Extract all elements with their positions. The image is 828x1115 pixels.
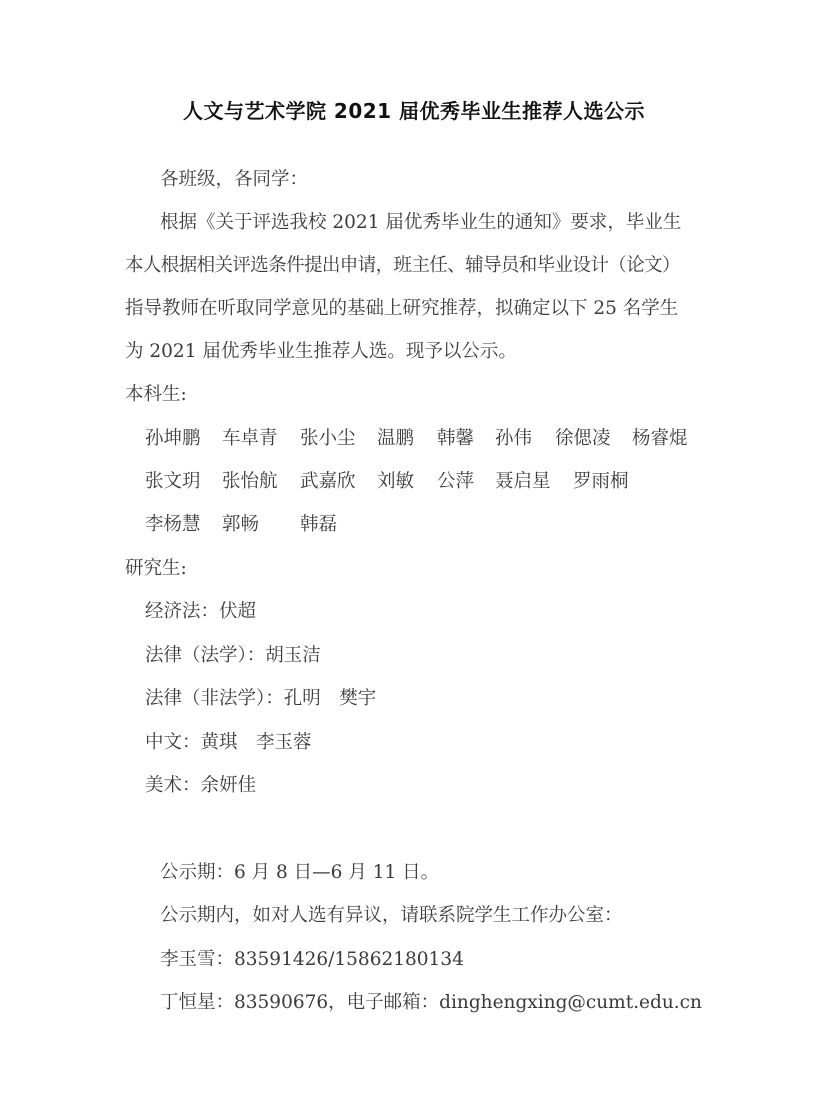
student-name: 武嘉欣 (300, 470, 356, 494)
body-line-3: 指导教师在听取同学意见的基础上研究推荐，拟确定以下 25 名学生 (125, 297, 678, 321)
student-name: 聂启星 (495, 470, 551, 494)
graduate-line-3: 法律（非法学）：孔明 樊宇 (145, 687, 376, 711)
notice-contact-2: 丁恒星：83590676，电子邮箱：dinghengxing@cumt.edu.… (160, 991, 702, 1015)
student-name: 李杨慧 (145, 513, 201, 537)
student-name: 罗雨桐 (573, 470, 629, 494)
student-name: 孙坤鹏 (145, 427, 201, 451)
student-name: 公萍 (437, 470, 474, 494)
student-name: 韩馨 (437, 427, 474, 451)
student-name: 韩磊 (300, 513, 337, 537)
student-name: 徐偲凌 (555, 427, 611, 451)
notice-contact-intro: 公示期内，如对人选有异议，请联系院学生工作办公室： (160, 904, 623, 928)
body-line-2: 本人根据相关评选条件提出申请，班主任、辅导员和毕业设计（论文） (125, 254, 680, 278)
student-name: 张小尘 (300, 427, 356, 451)
graduate-heading: 研究生: (125, 557, 187, 581)
graduate-line-5: 美术：余妍佳 (145, 774, 256, 798)
document-title: 人文与艺术学院 2021 届优秀毕业生推荐人选公示 (0, 97, 828, 125)
graduate-line-4: 中文：黄琪 李玉蓉 (145, 731, 312, 755)
body-line-4: 为 2021 届优秀毕业生推荐人选。现予以公示。 (125, 340, 517, 364)
body-line-1: 根据《关于评选我校 2021 届优秀毕业生的通知》要求，毕业生 (160, 211, 681, 235)
graduate-line-1: 经济法：伏超 (145, 600, 256, 624)
student-name: 张文玥 (145, 470, 201, 494)
student-name: 车卓青 (222, 427, 278, 451)
notice-contact-1: 李玉雪：83591426/15862180134 (160, 948, 464, 972)
undergrad-heading: 本科生: (125, 383, 187, 407)
student-name: 刘敏 (377, 470, 414, 494)
salutation: 各班级，各同学： (160, 168, 308, 192)
graduate-line-2: 法律（法学）：胡玉洁 (145, 644, 321, 668)
student-name: 温鹏 (377, 427, 414, 451)
student-name: 张怡航 (222, 470, 278, 494)
student-name: 孙伟 (495, 427, 532, 451)
student-name: 杨睿焜 (632, 427, 688, 451)
notice-period: 公示期：6 月 8 日—6 月 11 日。 (160, 861, 439, 885)
student-name: 郭畅 (222, 513, 259, 537)
